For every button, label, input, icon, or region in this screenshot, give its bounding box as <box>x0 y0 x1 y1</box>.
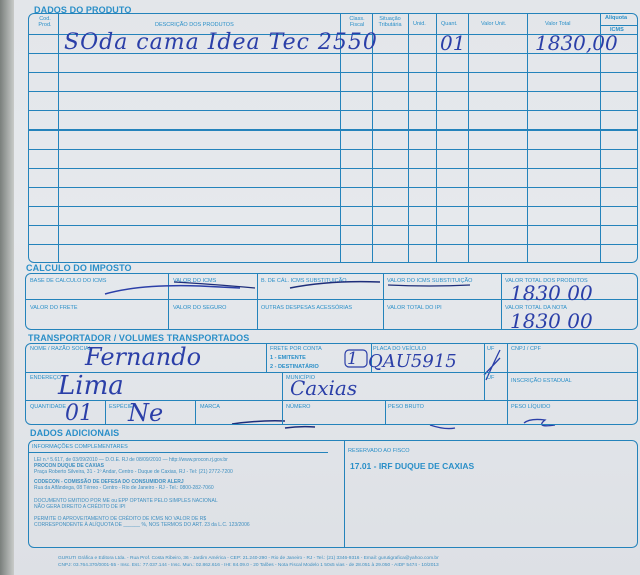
label-uf: UF <box>487 346 494 352</box>
footer-line-2: CNPJ: 03.764.370/0001-55 - Insc. Est.: 7… <box>58 563 439 569</box>
label-cnpj: CNPJ / CPF <box>511 346 541 352</box>
col-line <box>282 372 283 425</box>
col-line <box>507 343 508 425</box>
info-line: NÃO GERA DIREITO A CRÉDITO DE IPI <box>34 504 126 510</box>
volume-especie[interactable]: Ne <box>128 399 163 427</box>
section-title-transportador: TRANSPORTADOR / VOLUMES TRANSPORTADOS <box>28 333 249 343</box>
fisco-value: 17.01 - IRF DUQUE DE CAXIAS <box>350 461 474 471</box>
label-reservado-fisco: RESERVADO AO FISCO <box>348 448 410 454</box>
carrier-municipio[interactable]: Caxias <box>290 376 357 400</box>
valor-total-produtos[interactable]: 1830 00 <box>510 281 593 305</box>
label-nome: NOME / RAZÃO SOCIAL <box>30 346 92 352</box>
col-line <box>385 400 386 425</box>
frete-value[interactable]: 1 <box>347 349 358 369</box>
section-title-adicionais: DADOS ADICIONAIS <box>30 428 119 438</box>
info-divider <box>28 452 328 453</box>
col-line <box>344 440 345 548</box>
col-line <box>195 400 196 425</box>
label-info-complementares: INFORMAÇÕES COMPLEMENTARES <box>32 444 128 450</box>
info-line: CORRESPONDENTE À ALÍQUOTA DE ______ %, N… <box>34 522 250 528</box>
col-line <box>484 343 485 400</box>
label-quantidade: QUANTIDADE <box>30 404 66 410</box>
label-numero: NÚMERO <box>286 404 310 410</box>
label-peso-liquido: PESO LÍQUIDO <box>511 404 550 410</box>
info-line: Praça Roberto Silveira, 31 - 1º Andar, C… <box>34 469 233 475</box>
label-peso-bruto: PESO BRUTO <box>388 404 424 410</box>
col-line <box>266 343 267 372</box>
info-line: Rua da Alfândega, 08 Térreo - Centro - R… <box>34 485 214 491</box>
label-inscricao: INSCRIÇÃO ESTADUAL <box>511 378 572 384</box>
valor-total-nota[interactable]: 1830 00 <box>510 309 593 333</box>
label-endereco: ENDEREÇO <box>30 375 61 381</box>
label-marca: MARCA <box>200 404 220 410</box>
label-uf2: UF <box>487 375 494 381</box>
label-frete-destinatario: 2 - DESTINATÁRIO <box>270 364 319 370</box>
col-line <box>105 400 106 425</box>
label-frete-emitente: 1 - EMITENTE <box>270 355 306 361</box>
label-frete: FRETE POR CONTA <box>270 346 322 352</box>
vehicle-plate[interactable]: QAU5915 <box>368 351 457 372</box>
footer-line-1: GURUTI Gráfica e Editora Ltda. - Rua Pro… <box>58 556 439 562</box>
carrier-address[interactable]: Lima <box>58 371 124 401</box>
carrier-name[interactable]: Fernando <box>85 343 201 371</box>
volume-quantity[interactable]: 01 <box>65 401 93 426</box>
